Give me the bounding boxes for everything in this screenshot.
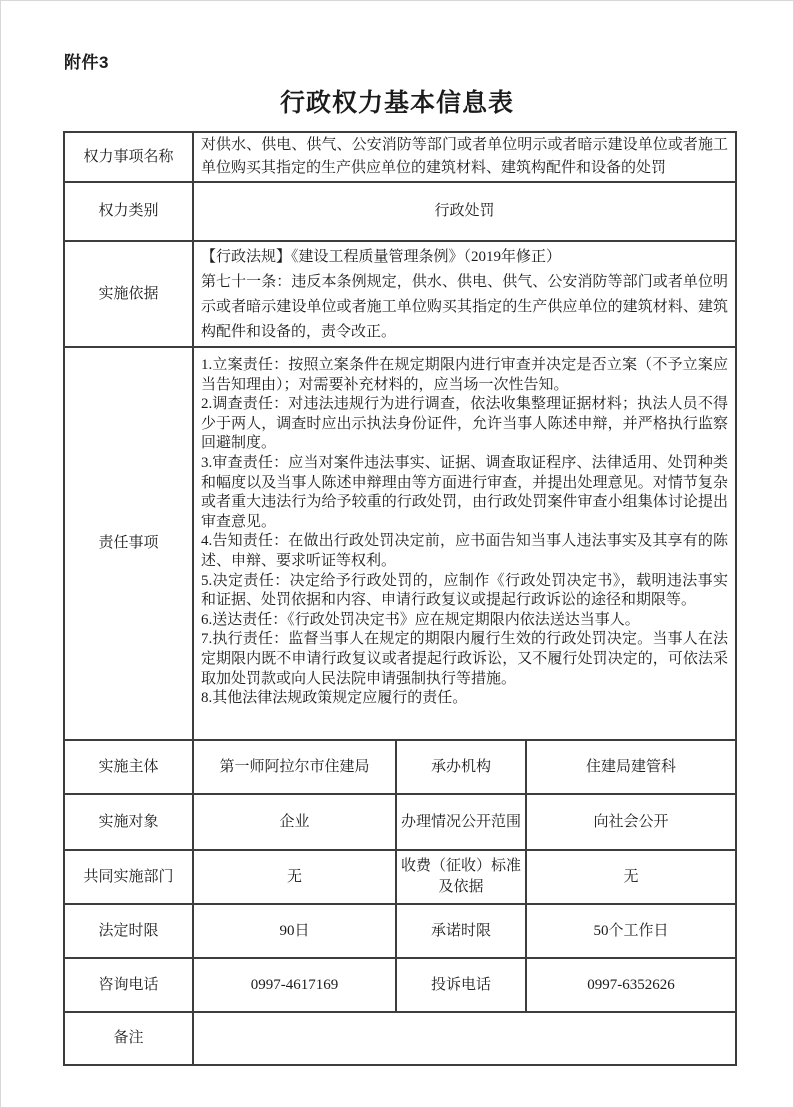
consultation-phone-label: 咨询电话 — [64, 958, 193, 1012]
statutory-time-limit-label: 法定时限 — [64, 904, 193, 958]
implementation-target-value: 企业 — [193, 794, 396, 850]
joint-departments-label: 共同实施部门 — [64, 850, 193, 904]
promised-time-limit-label: 承诺时限 — [396, 904, 526, 958]
row-power-item-name: 权力事项名称 对供水、供电、供气、公安消防等部门或者单位明示或者暗示建设单位或者… — [64, 132, 736, 182]
responsibility-items-value: 1.立案责任：按照立案条件在规定期限内进行审查并决定是否立案（不予立案应当告知理… — [193, 347, 736, 740]
admin-power-info-table: 权力事项名称 对供水、供电、供气、公安消防等部门或者单位明示或者暗示建设单位或者… — [63, 131, 737, 1066]
implementation-basis-value: 【行政法规】《建设工程质量管理条例》（2019年修正） 第七十一条：违反本条例规… — [193, 241, 736, 347]
row-power-category: 权力类别 行政处罚 — [64, 182, 736, 241]
implementing-body-label: 实施主体 — [64, 740, 193, 794]
attachment-label: 附件3 — [64, 48, 109, 73]
disclosure-scope-value: 向社会公开 — [526, 794, 736, 850]
fee-standard-label: 收费（征收）标准 及依据 — [396, 850, 526, 904]
fee-standard-value: 无 — [526, 850, 736, 904]
undertaking-agency-label: 承办机构 — [396, 740, 526, 794]
row-implementation-target: 实施对象 企业 办理情况公开范围 向社会公开 — [64, 794, 736, 850]
row-responsibility-items: 责任事项 1.立案责任：按照立案条件在规定期限内进行审查并决定是否立案（不予立案… — [64, 347, 736, 740]
power-category-value: 行政处罚 — [193, 182, 736, 241]
implementation-target-label: 实施对象 — [64, 794, 193, 850]
undertaking-agency-value: 住建局建管科 — [526, 740, 736, 794]
power-category-label: 权力类别 — [64, 182, 193, 241]
row-remark: 备注 — [64, 1012, 736, 1065]
power-item-name-label: 权力事项名称 — [64, 132, 193, 182]
responsibility-items-label: 责任事项 — [64, 347, 193, 740]
row-phones: 咨询电话 0997-4617169 投诉电话 0997-6352626 — [64, 958, 736, 1012]
remark-label: 备注 — [64, 1012, 193, 1065]
consultation-phone-value: 0997-4617169 — [193, 958, 396, 1012]
implementation-basis-label: 实施依据 — [64, 241, 193, 347]
implementing-body-value: 第一师阿拉尔市住建局 — [193, 740, 396, 794]
promised-time-limit-value: 50个工作日 — [526, 904, 736, 958]
row-implementing-body: 实施主体 第一师阿拉尔市住建局 承办机构 住建局建管科 — [64, 740, 736, 794]
row-joint-departments: 共同实施部门 无 收费（征收）标准 及依据 无 — [64, 850, 736, 904]
complaint-phone-label: 投诉电话 — [396, 958, 526, 1012]
complaint-phone-value: 0997-6352626 — [526, 958, 736, 1012]
page-title: 行政权力基本信息表 — [0, 83, 794, 119]
power-item-name-value: 对供水、供电、供气、公安消防等部门或者单位明示或者暗示建设单位或者施工单位购买其… — [193, 132, 736, 182]
disclosure-scope-label: 办理情况公开范围 — [396, 794, 526, 850]
remark-value — [193, 1012, 736, 1065]
statutory-time-limit-value: 90日 — [193, 904, 396, 958]
document-page: 附件3 行政权力基本信息表 权力事项名称 对供水、供电、供气、公安消防等部门或者… — [0, 0, 794, 1108]
row-statutory-time-limit: 法定时限 90日 承诺时限 50个工作日 — [64, 904, 736, 958]
row-implementation-basis: 实施依据 【行政法规】《建设工程质量管理条例》（2019年修正） 第七十一条：违… — [64, 241, 736, 347]
joint-departments-value: 无 — [193, 850, 396, 904]
